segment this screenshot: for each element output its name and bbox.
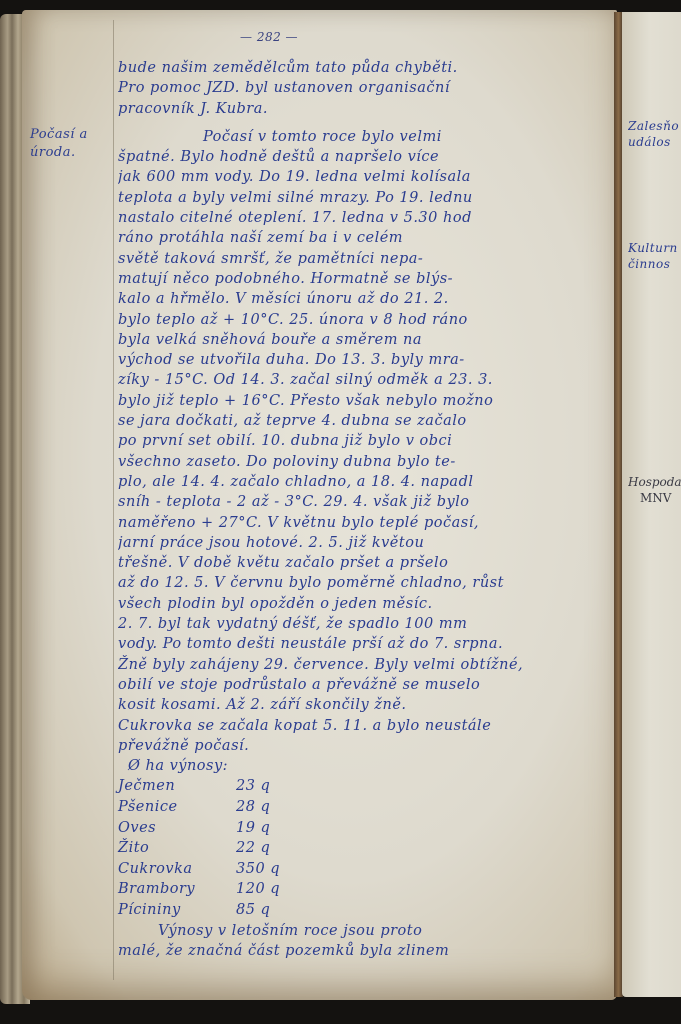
text-line: světě taková smršť, že pamětníci nepa- [118,249,608,269]
text-line: teplota a byly velmi silné mrazy. Po 19.… [118,188,608,208]
right-margin-note: Hospoda MNV [628,474,681,506]
margin-note-line: MNV [628,490,681,506]
yields-heading: Ø ha výnosy: [118,756,608,776]
crop-name: Ječmen [118,776,236,797]
text-line: ráno protáhla naší zemí ba i v celém [118,228,608,248]
text-line: malé, že značná část pozemků byla zlinem [118,941,608,961]
text-line: sníh - teplota - 2 až - 3°C. 29. 4. však… [118,492,608,512]
text-line: Pro pomoc JZD. byl ustanoven organisační [118,78,608,98]
text-line: všechno zaseto. Do poloviny dubna bylo t… [118,452,608,472]
crop-name: Pšenice [118,797,236,818]
text-line: Výnosy v letošním roce jsou proto [118,921,608,941]
margin-note-line: Hospoda [628,474,681,490]
text-line: bylo teplo až + 10°C. 25. února v 8 hod … [118,310,608,330]
yield-row: Pšenice 28 q [118,797,608,818]
text-line: se jara dočkati, až teprve 4. dubna se z… [118,411,608,431]
text-line: 2. 7. byl tak vydatný déšť, že spadlo 10… [118,614,608,634]
crop-yield: 28 q [236,797,296,818]
text-line: pracovník J. Kubra. [118,99,608,119]
margin-note-line: Zalesňo [628,118,681,134]
text-line: všech plodin byl opožděn o jeden měsíc. [118,594,608,614]
crop-name: Brambory [118,879,236,900]
text-line: Počasí v tomto roce bylo velmi [118,127,608,147]
crop-name: Žito [118,838,236,859]
margin-note-line: úroda. [30,144,110,162]
text-line: Žně byly zahájeny 29. července. Byly vel… [118,655,608,675]
chronicle-body: bude našim zemědělcům tato půda chyběti.… [118,58,608,961]
crop-yield: 120 q [236,879,296,900]
crop-yield: 19 q [236,818,296,839]
crop-yield: 22 q [236,838,296,859]
crop-name: Pícininy [118,900,236,921]
crop-name: Oves [118,818,236,839]
margin-note-line: činnos [628,256,681,272]
text-line: nastalo citelné oteplení. 17. ledna v 5.… [118,208,608,228]
margin-note-line: Kulturn [628,240,681,256]
yield-row: Brambory 120 q [118,879,608,900]
text-line: východ se utvořila duha. Do 13. 3. byly … [118,350,608,370]
text-line: jak 600 mm vody. Do 19. ledna velmi kolí… [118,167,608,187]
weather-paragraph: Počasí v tomto roce bylo velmi špatné. B… [118,127,608,756]
text-line: bude našim zemědělcům tato půda chyběti. [118,58,608,78]
margin-note-line: událos [628,134,681,150]
page-number: — 282 — [240,30,298,44]
text-line: Cukrovka se začala kopat 5. 11. a bylo n… [118,716,608,736]
text-line: vody. Po tomto dešti neustále prší až do… [118,634,608,654]
text-line: matují něco podobného. Hormatně se blýs- [118,269,608,289]
text-line: kosit kosami. Až 2. září skončily žně. [118,695,608,715]
text-line: až do 12. 5. V červnu bylo poměrně chlad… [118,573,608,593]
text-line: bylo již teplo + 16°C. Přesto však nebyl… [118,391,608,411]
text-line: zíky - 15°C. Od 14. 3. začal silný odměk… [118,370,608,390]
yield-row: Žito 22 q [118,838,608,859]
text-line: po první set obilí. 10. dubna již bylo v… [118,431,608,451]
text-line: špatné. Bylo hodně deštů a napršelo více [118,147,608,167]
text-line: jarní práce jsou hotové. 2. 5. již květo… [118,533,608,553]
yield-row: Ječmen 23 q [118,776,608,797]
yields-table: Ječmen 23 q Pšenice 28 q Oves 19 q Žito … [118,776,608,920]
yield-row: Cukrovka 350 q [118,859,608,880]
text-line: byla velká sněhová bouře a směrem na [118,330,608,350]
crop-yield: 23 q [236,776,296,797]
text-line: převážně počasí. [118,736,608,756]
crop-yield: 85 q [236,900,296,921]
text-line: třešně. V době květu začalo pršet a prše… [118,553,608,573]
yield-row: Pícininy 85 q [118,900,608,921]
crop-name: Cukrovka [118,859,236,880]
closing-paragraph: Výnosy v letošním roce jsou proto malé, … [118,921,608,962]
margin-rule [113,20,114,980]
text-line: naměřeno + 27°C. V květnu bylo teplé poč… [118,513,608,533]
text-line: plo, ale 14. 4. začalo chladno, a 18. 4.… [118,472,608,492]
intro-paragraph: bude našim zemědělcům tato půda chyběti.… [118,58,608,119]
text-line: kalo a hřmělo. V měsíci únoru až do 21. … [118,289,608,309]
margin-note-line: Počasí a [30,126,110,144]
right-margin-note: Zalesňo událos [628,118,681,150]
yield-row: Oves 19 q [118,818,608,839]
right-margin-note: Kulturn činnos [628,240,681,272]
left-margin-note: Počasí a úroda. [30,126,110,162]
crop-yield: 350 q [236,859,296,880]
text-line: obilí ve stoje podrůstalo a převážně se … [118,675,608,695]
